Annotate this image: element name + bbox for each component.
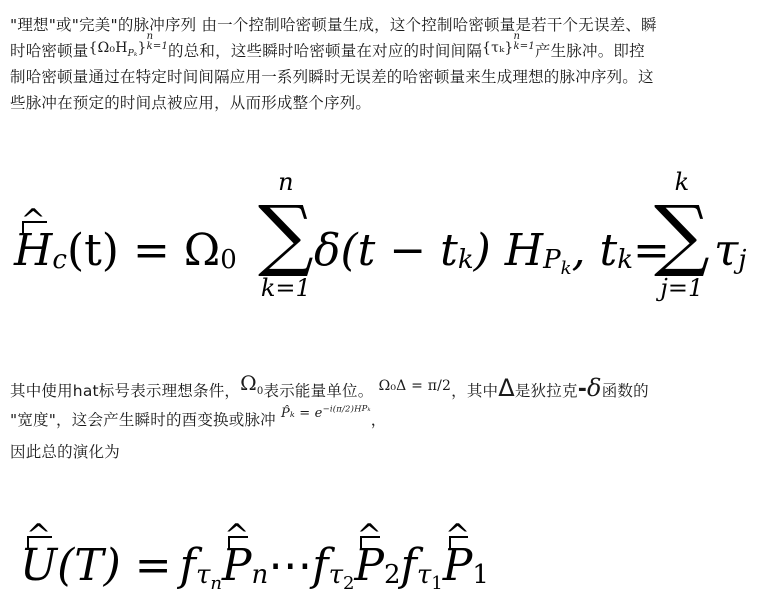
intro-line-1: "理想"或"完美"的脉冲序列 由一个控制哈密顿量生成，这个控制哈密顿量是若干个无… bbox=[10, 12, 770, 38]
eq1-lhs-arg: (t) = Ω bbox=[67, 225, 220, 276]
inline-math-hamiltonian-set: {Ω₀HPₖ}nk=1 bbox=[89, 40, 169, 56]
equation-total-evolution: ^U(T) = fτn ^Pn ⋯ fτ2 ^P2 fτ1 ^P1 bbox=[20, 510, 770, 615]
summation-k: n ∑ k=1 bbox=[258, 168, 314, 302]
intro-line-2: 时哈密顿量{Ω₀HPₖ}nk=1的总和，这些瞬时哈密顿量在对应的时间间隔{τₖ}… bbox=[10, 38, 770, 64]
omega-symbol: Ω bbox=[240, 371, 257, 395]
delta-symbol: Δ bbox=[498, 374, 515, 402]
intro-line-4: 些脉冲在预定的时间点被应用，从而形成整个序列。 bbox=[10, 90, 770, 116]
unitary-hat: ^U bbox=[20, 540, 57, 591]
inline-math-pulse: P̂ₖ = e−i(π/2)HPₖ bbox=[281, 406, 371, 421]
text: 的总和，这些瞬时哈密顿量在对应的时间间隔 bbox=[168, 42, 482, 60]
tau-j: τ bbox=[714, 225, 738, 276]
intro-line-3: 制哈密顿量通过在特定时间间隔应用一系列瞬时无误差的哈密顿量来生成理想的脉冲序列。… bbox=[10, 64, 770, 90]
explanation-line-2: "宽度"，这会产生瞬时的酉变换或脉冲 P̂ₖ = e−i(π/2)HPₖ， bbox=[10, 404, 770, 436]
equation-control-hamiltonian: ^Hc(t) = Ω0 n ∑ k=1 δ(t − tk) HPk, tk = … bbox=[14, 168, 774, 328]
inline-math-omega-delta: Ω₀Δ = π/2 bbox=[379, 378, 452, 394]
intro-paragraph: "理想"或"完美"的脉冲序列 由一个控制哈密顿量生成，这个控制哈密顿量是若干个无… bbox=[10, 12, 770, 116]
summation-j: k ∑ j=1 bbox=[654, 168, 710, 302]
text: 时哈密顿量 bbox=[10, 42, 89, 60]
delta-term: δ(t − t bbox=[314, 225, 458, 276]
text: 产生脉冲。即控 bbox=[535, 42, 645, 60]
dirac-delta-symbol: δ bbox=[587, 374, 602, 402]
eq1-omega-sub: 0 bbox=[220, 245, 237, 275]
explanation-paragraph: 其中使用hat标号表示理想条件，Ω0表示能量单位。 Ω₀Δ = π/2，其中Δ是… bbox=[10, 372, 770, 468]
eq1-sub-c: c bbox=[52, 245, 67, 275]
explanation-line-1: 其中使用hat标号表示理想条件，Ω0表示能量单位。 Ω₀Δ = π/2，其中Δ是… bbox=[10, 372, 770, 404]
hamiltonian-hat: ^H bbox=[14, 225, 52, 276]
inline-math-tau-set: {τₖ}nk=1 bbox=[482, 40, 535, 56]
explanation-line-3: 因此总的演化为 bbox=[10, 436, 770, 468]
